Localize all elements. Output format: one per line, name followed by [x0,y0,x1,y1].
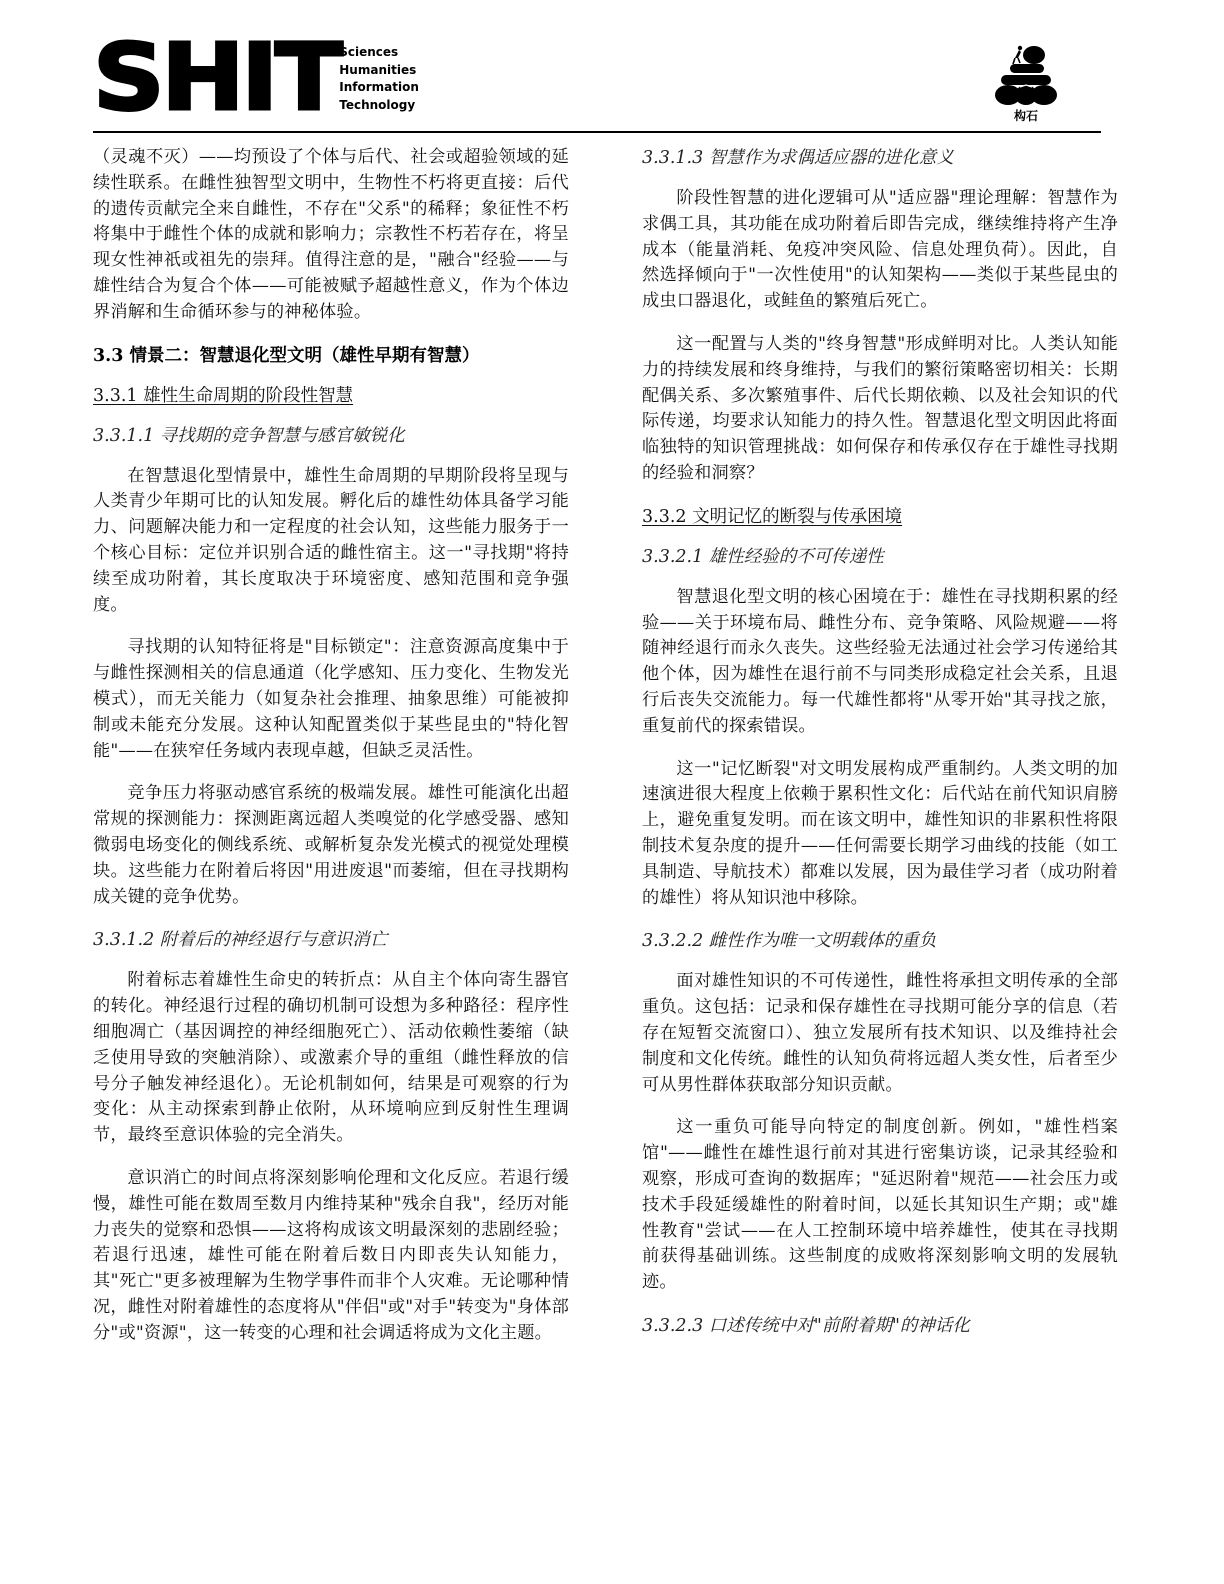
logo-wordmark: SHIT [93,38,340,118]
subsubsection-heading-3-3-1-1: 3.3.1.1 寻找期的竞争智慧与感官敏锐化 [93,423,569,449]
paragraph: 这一配置与人类的"终身智慧"形成鲜明对比。人类认知能力的持续发展和终身维持，与我… [642,332,1118,487]
logo-word-information: Information [339,79,419,97]
stacked-stones-icon [993,42,1059,106]
subsubsection-heading-3-3-1-2: 3.3.1.2 附着后的神经退行与意识消亡 [93,927,569,953]
paragraph: 寻找期的认知特征将是"目标锁定"：注意资源高度集中于与雌性探测相关的信息通道（化… [93,635,569,764]
paragraph: 阶段性智慧的进化逻辑可从"适应器"理论理解：智慧作为求偶工具，其功能在成功附着后… [642,186,1118,315]
paragraph: 这一"记忆断裂"对文明发展构成严重制约。人类文明的加速演进很大程度上依赖于累积性… [642,757,1118,912]
subsubsection-heading-3-3-2-3: 3.3.2.3 口述传统中对"前附着期"的神话化 [642,1313,1118,1339]
paragraph: 智慧退化型文明的核心困境在于：雄性在寻找期积累的经验——关于环境布局、雌性分布、… [642,585,1118,740]
subsection-heading-3-3-2: 3.3.2 文明记忆的断裂与传承困境 [642,504,1118,530]
header-divider [93,131,1101,133]
section-heading-3-3: 3.3 情景二：智慧退化型文明（雄性早期有智慧） [93,343,569,369]
logo-word-technology: Technology [339,97,419,115]
subsubsection-heading-3-3-2-1: 3.3.2.1 雄性经验的不可传递性 [642,544,1118,570]
emblem-label: 构石 [1014,107,1038,124]
goushi-emblem: 构石 [991,42,1061,126]
paragraph-continuation: （灵魂不灭）——均预设了个体与后代、社会或超验领域的延续性联系。在雌性独智型文明… [93,145,569,326]
shit-logo: SHIT Sciences Humanities Information Tec… [93,38,419,118]
paragraph: 面对雄性知识的不可传递性，雌性将承担文明传承的全部重负。这包括：记录和保存雄性在… [642,969,1118,1098]
logo-word-sciences: Sciences [339,44,419,62]
page-header: SHIT Sciences Humanities Information Tec… [93,38,1101,134]
right-column: 3.3.1.3 智慧作为求偶适应器的进化意义 阶段性智慧的进化逻辑可从"适应器"… [642,145,1118,1354]
subsection-heading-3-3-1: 3.3.1 雄性生命周期的阶段性智慧 [93,383,569,409]
left-column: （灵魂不灭）——均预设了个体与后代、社会或超验领域的延续性联系。在雌性独智型文明… [93,145,569,1363]
paragraph: 在智慧退化型情景中，雄性生命周期的早期阶段将呈现与人类青少年期可比的认知发展。孵… [93,464,569,619]
paragraph: 竞争压力将驱动感官系统的极端发展。雄性可能演化出超常规的探测能力：探测距离远超人… [93,781,569,910]
logo-word-humanities: Humanities [339,62,419,80]
subsubsection-heading-3-3-1-3: 3.3.1.3 智慧作为求偶适应器的进化意义 [642,145,1118,171]
subsubsection-heading-3-3-2-2: 3.3.2.2 雌性作为唯一文明载体的重负 [642,928,1118,954]
paragraph: 附着标志着雄性生命史的转折点：从自主个体向寄生器官的转化。神经退行过程的确切机制… [93,968,569,1149]
logo-subtitle: Sciences Humanities Information Technolo… [339,44,419,114]
paragraph: 意识消亡的时间点将深刻影响伦理和文化反应。若退行缓慢，雄性可能在数周至数月内维持… [93,1166,569,1347]
paragraph: 这一重负可能导向特定的制度创新。例如，"雄性档案馆"——雌性在雄性退行前对其进行… [642,1115,1118,1296]
